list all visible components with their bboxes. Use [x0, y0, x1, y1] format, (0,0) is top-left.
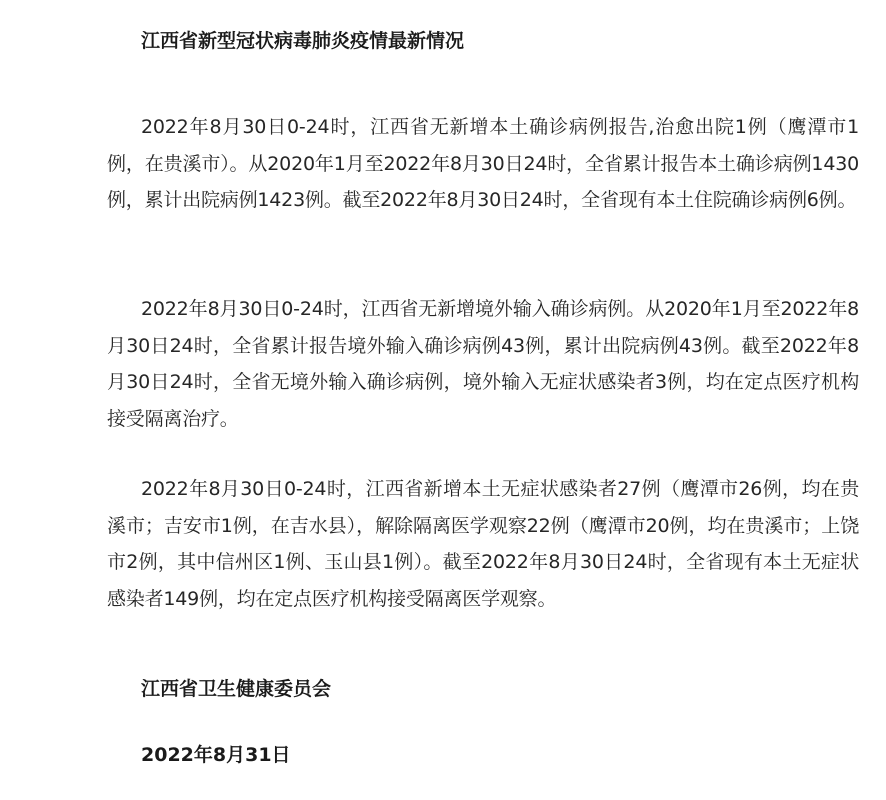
- paragraph-imported-cases: 2022年8月30日0-24时，江西省无新增境外输入确诊病例。从2020年1月至…: [107, 291, 859, 437]
- paragraph-asymptomatic: 2022年8月30日0-24时，江西省新增本土无症状感染者27例（鹰潭市26例，…: [107, 471, 859, 617]
- signature-organization: 江西省卫生健康委员会: [141, 674, 331, 701]
- article-title: 江西省新型冠状病毒肺炎疫情最新情况: [141, 26, 464, 53]
- paragraph-local-confirmed: 2022年8月30日0-24时，江西省无新增本土确诊病例报告,治愈出院1例（鹰潭…: [107, 109, 859, 219]
- signature-date: 2022年8月31日: [141, 740, 291, 767]
